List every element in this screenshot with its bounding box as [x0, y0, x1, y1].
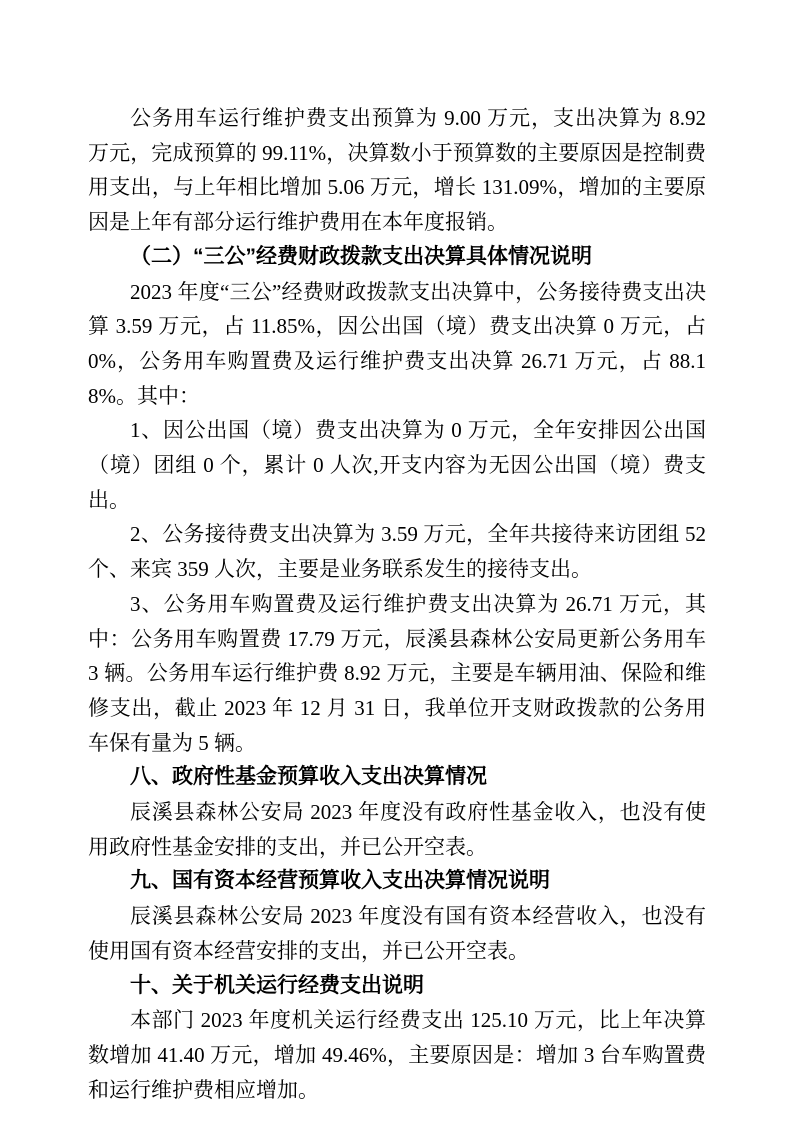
heading-section-10-operating-expenses: 十、关于机关运行经费支出说明 [88, 969, 706, 1004]
paragraph-item-3-vehicle-expenses: 3、公务用车购置费及运行维护费支出决算为 26.71 万元，其中：公务用车购置费… [88, 587, 706, 761]
paragraph-three-public-overview: 2023 年度“三公”经费财政拨款支出决算中，公务接待费支出决算 3.59 万元… [88, 275, 706, 414]
document-text-block: 公务用车运行维护费支出预算为 9.00 万元，支出决算为 8.92 万元，完成预… [88, 101, 706, 1107]
paragraph-vehicle-operation-budget: 公务用车运行维护费支出预算为 9.00 万元，支出决算为 8.92 万元，完成预… [88, 101, 706, 240]
paragraph-item-2-official-reception: 2、公务接待费支出决算为 3.59 万元，全年共接待来访团组 52 个、来宾 3… [88, 517, 706, 586]
heading-section-8-government-funds: 八、政府性基金预算收入支出决算情况 [88, 760, 706, 795]
paragraph-item-1-overseas-trips: 1、因公出国（境）费支出决算为 0 万元，全年安排因公出国（境）团组 0 个，累… [88, 413, 706, 517]
document-page: 公务用车运行维护费支出预算为 9.00 万元，支出决算为 8.92 万元，完成预… [0, 0, 793, 1122]
heading-three-public-funds-detail: （二）“三公”经费财政拨款支出决算具体情况说明 [88, 240, 706, 275]
paragraph-government-funds: 辰溪县森林公安局 2023 年度没有政府性基金收入，也没有使用政府性基金安排的支… [88, 795, 706, 864]
paragraph-operating-expenses: 本部门 2023 年度机关运行经费支出 125.10 万元，比上年决算数增加 4… [88, 1003, 706, 1107]
paragraph-state-capital: 辰溪县森林公安局 2023 年度没有国有资本经营收入，也没有使用国有资本经营安排… [88, 899, 706, 968]
heading-section-9-state-capital: 九、国有资本经营预算收入支出决算情况说明 [88, 864, 706, 899]
